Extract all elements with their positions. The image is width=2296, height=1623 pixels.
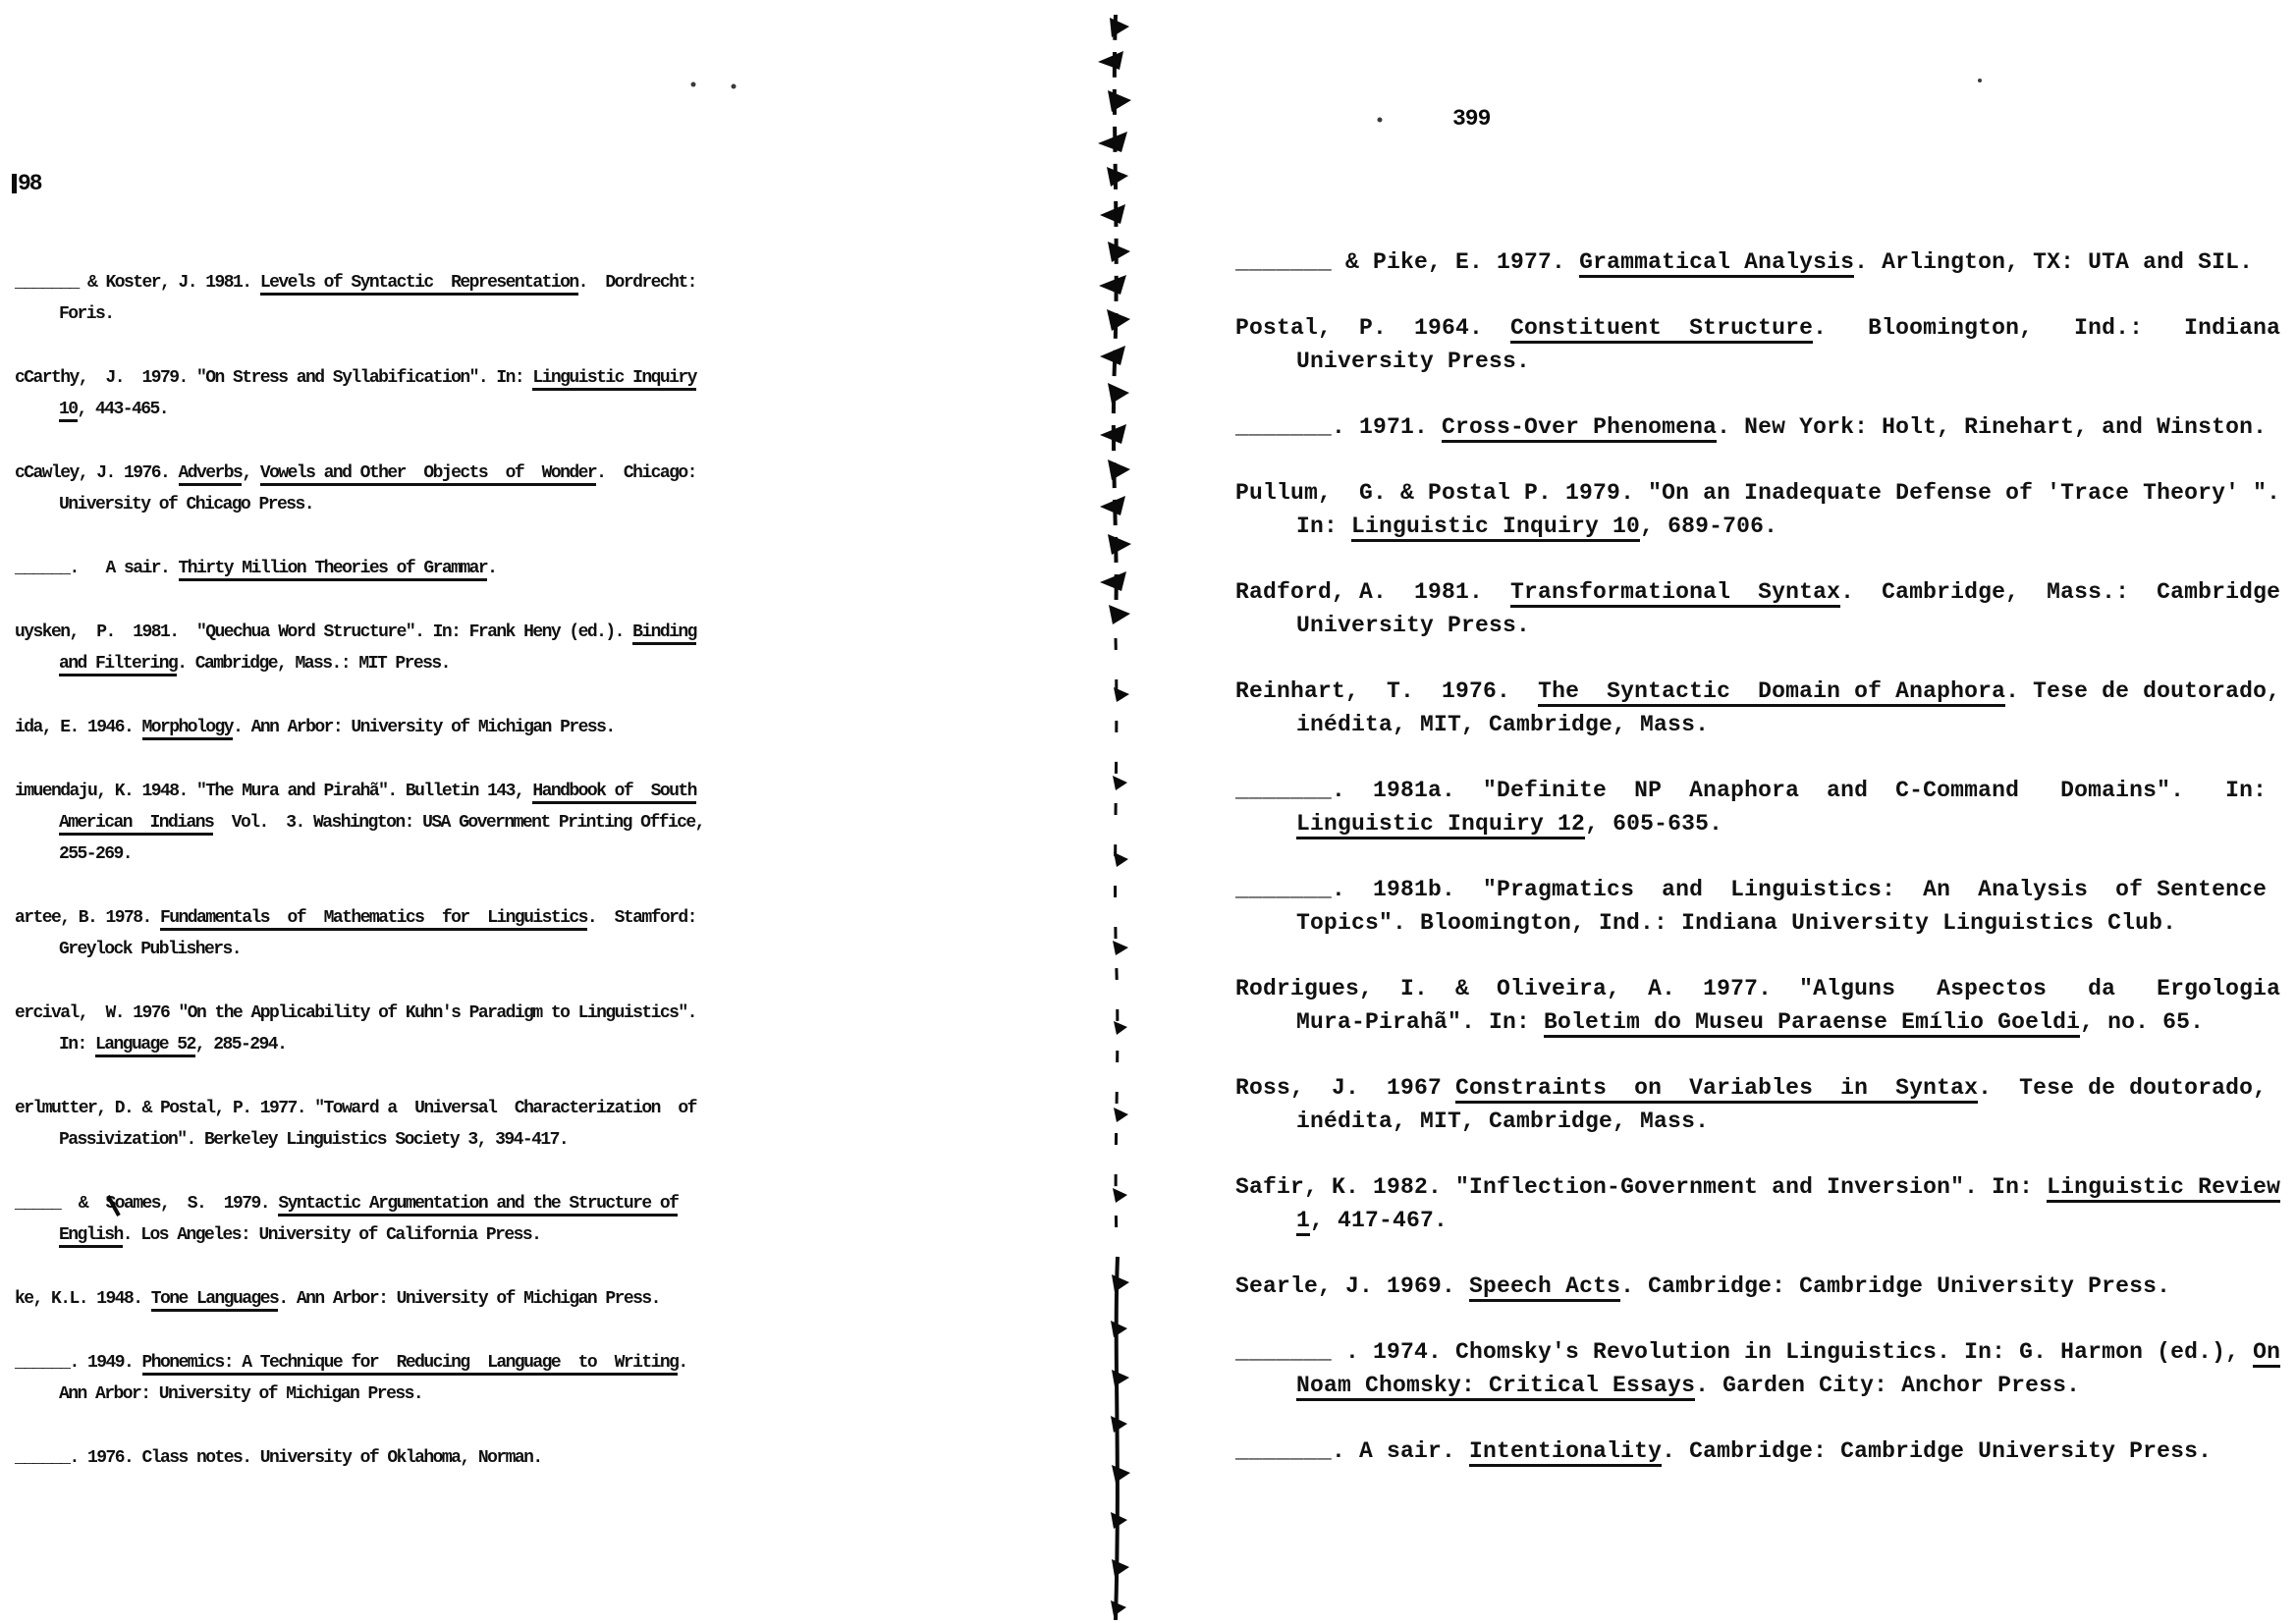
bib-entry-line: University Press. — [1235, 345, 2280, 378]
bib-entry-line: 1, 417-467. — [1235, 1204, 2280, 1237]
bib-entry: Radford, A. 1981. Transformational Synta… — [1235, 575, 2280, 642]
bib-entry-line: University of Chicago Press. — [15, 489, 704, 520]
bib-entry: cCarthy, J. 1979. "On Stress and Syllabi… — [15, 362, 704, 425]
bib-entry: ercival, W. 1976 "On the Applicability o… — [15, 998, 704, 1060]
bib-entry: cCawley, J. 1976. Adverbs, Vowels and Ot… — [15, 458, 704, 520]
scan-specks — [691, 79, 1983, 123]
bib-entry-line: Ross, J. 1967 Constraints on Variables i… — [1235, 1071, 2280, 1105]
bib-entry: imuendaju, K. 1948. "The Mura and Pirahã… — [15, 776, 704, 870]
bib-entry-line: Postal, P. 1964. Constituent Structure. … — [1235, 311, 2280, 345]
bib-entry-line: ercival, W. 1976 "On the Applicability o… — [15, 998, 704, 1029]
bib-entry-line: imuendaju, K. 1948. "The Mura and Pirahã… — [15, 776, 704, 807]
bib-entry: ke, K.L. 1948. Tone Languages. Ann Arbor… — [15, 1283, 704, 1315]
bib-entry-line: ______. 1976. Class notes. University of… — [15, 1442, 704, 1474]
bib-entry-line: Pullum, G. & Postal P. 1979. "On an Inad… — [1235, 476, 2280, 510]
bib-entry: _______. 1971. Cross-Over Phenomena. New… — [1235, 410, 2280, 444]
bib-entry-line: _______ . 1974. Chomsky's Revolution in … — [1235, 1335, 2280, 1369]
bib-entry-line: Mura-Pirahã". In: Boletim do Museu Parae… — [1235, 1005, 2280, 1039]
bib-entry: artee, B. 1978. Fundamentals of Mathemat… — [15, 902, 704, 965]
right-page-bibliography: _______ & Pike, E. 1977. Grammatical Ana… — [1235, 245, 2280, 1500]
bib-entry-line: Greylock Publishers. — [15, 934, 704, 965]
bib-entry-line: Passivization". Berkeley Linguistics Soc… — [15, 1124, 704, 1156]
bib-entry-line: ke, K.L. 1948. Tone Languages. Ann Arbor… — [15, 1283, 704, 1315]
bib-entry-line: Topics". Bloomington, Ind.: Indiana Univ… — [1235, 906, 2280, 940]
bib-entry-line: In: Linguistic Inquiry 10, 689-706. — [1235, 510, 2280, 543]
bib-entry-line: _______. 1981b. "Pragmatics and Linguist… — [1235, 873, 2280, 906]
bib-entry-line: 255-269. — [15, 839, 704, 870]
bib-entry: ______. A sair. Thirty Million Theories … — [15, 553, 704, 584]
bib-entry: _______. 1981a. "Definite NP Anaphora an… — [1235, 774, 2280, 840]
bib-entry: ______. 1976. Class notes. University of… — [15, 1442, 704, 1474]
bib-entry-line: erlmutter, D. & Postal, P. 1977. "Toward… — [15, 1093, 704, 1124]
bib-entry-line: Noam Chomsky: Critical Essays. Garden Ci… — [1235, 1369, 2280, 1402]
bib-entry-line: cCarthy, J. 1979. "On Stress and Syllabi… — [15, 362, 704, 394]
right-page-number: 399 — [1452, 106, 1490, 132]
bib-entry-line: _____ & Soames, S. 1979. Syntactic Argum… — [15, 1188, 704, 1219]
bib-entry: _______ & Koster, J. 1981. Levels of Syn… — [15, 267, 704, 330]
bib-entry: Rodrigues, I. & Oliveira, A. 1977. "Algu… — [1235, 972, 2280, 1039]
bib-entry-line: artee, B. 1978. Fundamentals of Mathemat… — [15, 902, 704, 934]
bib-entry-line: _______ & Pike, E. 1977. Grammatical Ana… — [1235, 245, 2280, 279]
bib-entry: Ross, J. 1967 Constraints on Variables i… — [1235, 1071, 2280, 1138]
bib-entry-line: ______. A sair. Thirty Million Theories … — [15, 553, 704, 584]
bib-entry: _______. A sair. Intentionality. Cambrid… — [1235, 1434, 2280, 1468]
bib-entry-line: _______ & Koster, J. 1981. Levels of Syn… — [15, 267, 704, 298]
bib-entry-line: Searle, J. 1969. Speech Acts. Cambridge:… — [1235, 1270, 2280, 1303]
bib-entry-line: cCawley, J. 1976. Adverbs, Vowels and Ot… — [15, 458, 704, 489]
bib-entry: Searle, J. 1969. Speech Acts. Cambridge:… — [1235, 1270, 2280, 1303]
bib-entry-line: University Press. — [1235, 609, 2280, 642]
bib-entry-line: inédita, MIT, Cambridge, Mass. — [1235, 708, 2280, 741]
bib-entry-line: Rodrigues, I. & Oliveira, A. 1977. "Algu… — [1235, 972, 2280, 1005]
bib-entry-line: ida, E. 1946. Morphology. Ann Arbor: Uni… — [15, 712, 704, 743]
bib-entry: Postal, P. 1964. Constituent Structure. … — [1235, 311, 2280, 378]
bib-entry-line: Ann Arbor: University of Michigan Press. — [15, 1379, 704, 1410]
bib-entry-line: Safir, K. 1982. "Inflection-Government a… — [1235, 1170, 2280, 1204]
bib-entry-line: ______. 1949. Phonemics: A Technique for… — [15, 1347, 704, 1379]
bib-entry: Reinhart, T. 1976. The Syntactic Domain … — [1235, 675, 2280, 741]
bib-entry-line: Linguistic Inquiry 12, 605-635. — [1235, 807, 2280, 840]
bib-entry: ______. 1949. Phonemics: A Technique for… — [15, 1347, 704, 1410]
bib-entry-line: _______. 1981a. "Definite NP Anaphora an… — [1235, 774, 2280, 807]
bib-entry: _____ & Soames, S. 1979. Syntactic Argum… — [15, 1188, 704, 1251]
bib-entry-line: American Indians Vol. 3. Washington: USA… — [15, 807, 704, 839]
bib-entry: _______ . 1974. Chomsky's Revolution in … — [1235, 1335, 2280, 1402]
bib-entry: ida, E. 1946. Morphology. Ann Arbor: Uni… — [15, 712, 704, 743]
bib-entry: _______ & Pike, E. 1977. Grammatical Ana… — [1235, 245, 2280, 279]
left-page-number: 98 — [18, 171, 41, 196]
partial-digit-artifact — [12, 174, 17, 193]
bib-entry-line: 10, 443-465. — [15, 394, 704, 425]
bib-entry: erlmutter, D. & Postal, P. 1977. "Toward… — [15, 1093, 704, 1156]
bib-entry: _______. 1981b. "Pragmatics and Linguist… — [1235, 873, 2280, 940]
bib-entry: Pullum, G. & Postal P. 1979. "On an Inad… — [1235, 476, 2280, 543]
bib-entry-line: English. Los Angeles: University of Cali… — [15, 1219, 704, 1251]
bib-entry-line: Radford, A. 1981. Transformational Synta… — [1235, 575, 2280, 609]
bib-entry: Safir, K. 1982. "Inflection-Government a… — [1235, 1170, 2280, 1237]
bib-entry-line: _______. A sair. Intentionality. Cambrid… — [1235, 1434, 2280, 1468]
bib-entry-line: and Filtering. Cambridge, Mass.: MIT Pre… — [15, 648, 704, 679]
bib-entry-line: Reinhart, T. 1976. The Syntactic Domain … — [1235, 675, 2280, 708]
left-page-bibliography: _______ & Koster, J. 1981. Levels of Syn… — [15, 267, 704, 1506]
bib-entry-line: _______. 1971. Cross-Over Phenomena. New… — [1235, 410, 2280, 444]
bib-entry-line: Foris. — [15, 298, 704, 330]
bib-entry-line: In: Language 52, 285-294. — [15, 1029, 704, 1060]
bib-entry-line: uysken, P. 1981. "Quechua Word Structure… — [15, 617, 704, 648]
bib-entry: uysken, P. 1981. "Quechua Word Structure… — [15, 617, 704, 679]
bib-entry-line: inédita, MIT, Cambridge, Mass. — [1235, 1105, 2280, 1138]
